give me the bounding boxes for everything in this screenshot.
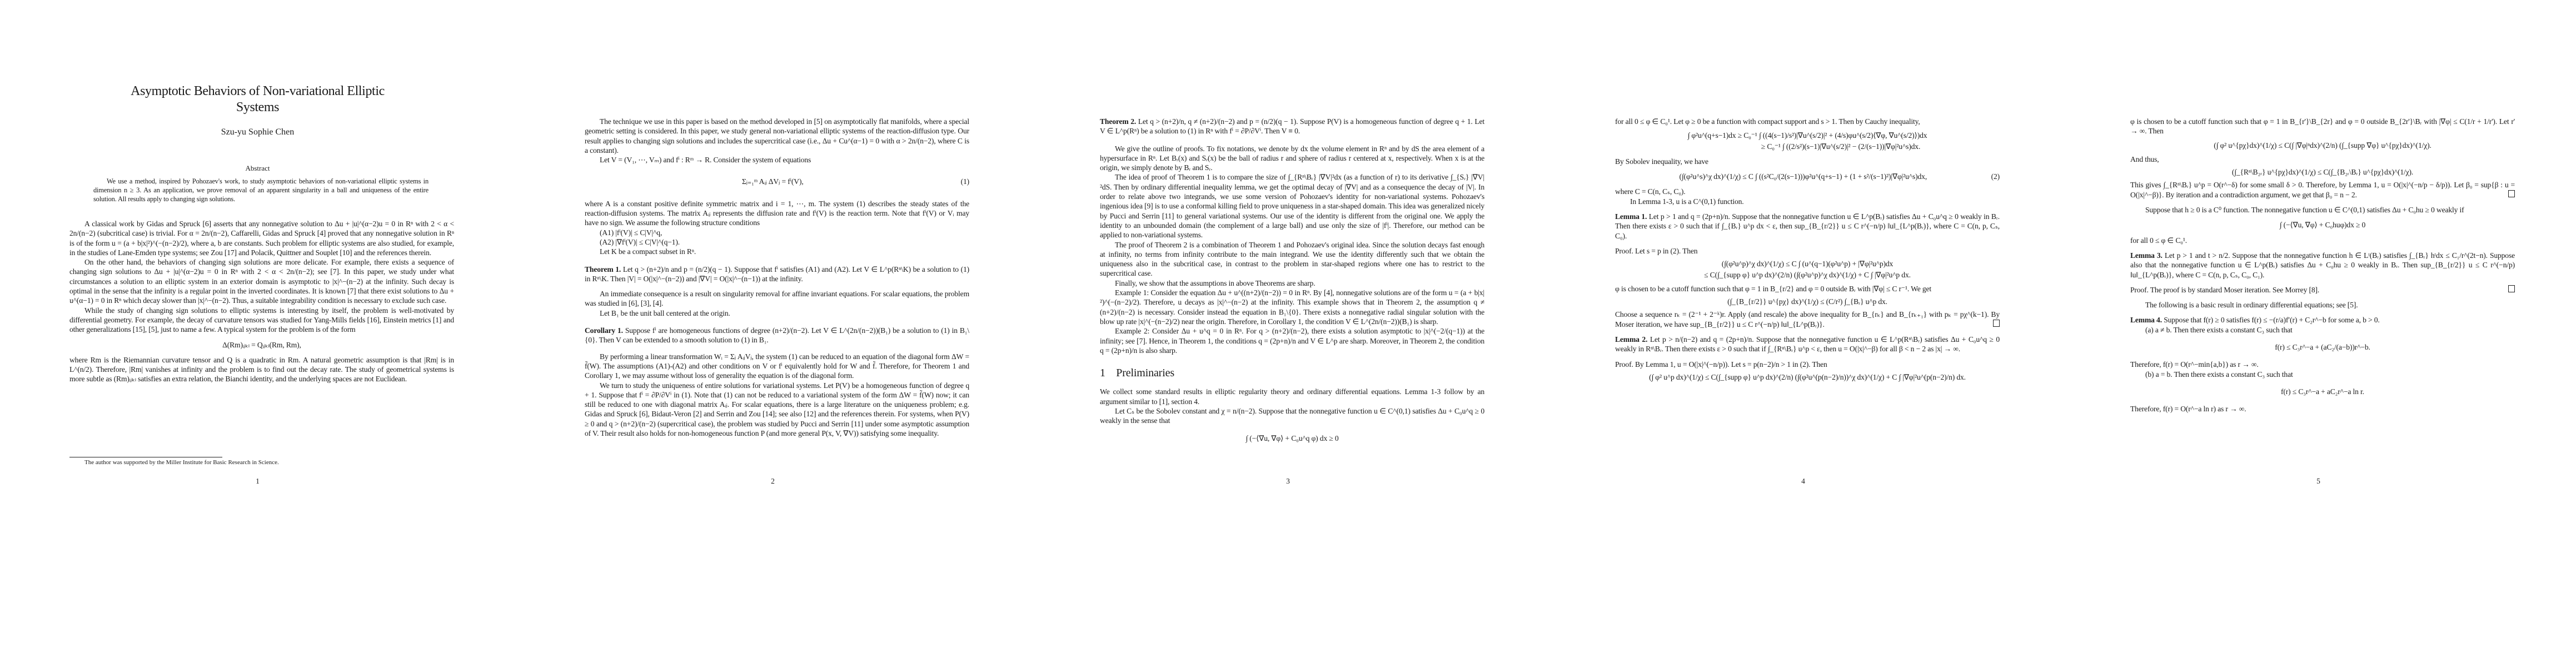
case-a: (a) a ≠ b. Then there exists a constant … (2130, 325, 2515, 335)
title-line-1: Asymptotic Behaviors of Non-variational … (0, 83, 515, 99)
section-number: 1 (1100, 367, 1105, 379)
equation: ≤ C(∫_{supp φ} u^p dx)^(2/n) (∫(φ²u^p)^χ… (1615, 270, 2000, 280)
case-b: (b) a = b. Then there exists a constant … (2130, 370, 2515, 379)
qed-icon (2508, 190, 2515, 197)
page-number: 2 (515, 477, 1030, 486)
page-3: Theorem 2. Let q > (n+2)/n, q ≠ (n+2)/(n… (1030, 0, 1546, 667)
equation: (∫_{B_{r/2}} u^{pχ} dx)^(1/χ) ≤ (C/r²) ∫… (1615, 297, 2000, 306)
paragraph: We collect some standard results in elli… (1100, 387, 1484, 406)
section-heading: 1 Preliminaries (1100, 369, 1484, 378)
corollary-text: Suppose fⁱ are homogeneous functions of … (585, 326, 969, 344)
paragraph: Finally, we show that the assumptions in… (1100, 278, 1484, 288)
theorem-2: Theorem 2. Let q > (n+2)/n, q ≠ (n+2)/(n… (1100, 117, 1484, 136)
example-1: Example 1: Consider the equation Δu + u^… (1100, 288, 1484, 326)
equation-text: Σⱼ₌₁ᵐ Aᵢⱼ ΔVⱼ = fⁱ(V), (742, 177, 804, 186)
theorem-text: Let q > (n+2)/n, q ≠ (n+2)/(n−2) and p =… (1100, 117, 1484, 135)
paragraph: And thus, (2130, 155, 2515, 164)
paragraph: On the other hand, the behaviors of chan… (69, 257, 454, 305)
footnote-rule (69, 457, 222, 457)
paragraph: We turn to study the uniqueness of entir… (585, 381, 969, 439)
paragraph: This gives ∫_{Rⁿ\Bᵣ} u^p = O(r^−δ) for s… (2130, 180, 2515, 200)
paragraph: An immediate consequence is a result on … (585, 289, 969, 308)
equation: f(r) ≤ C₃r^−a + aC₂r^−a ln r. (2130, 387, 2515, 396)
paragraph: Let K be a compact subset in Rⁿ. (585, 247, 969, 256)
lemma-4: Lemma 4. Suppose that f(r) ≥ 0 satisfies… (2130, 315, 2515, 325)
section-title: Preliminaries (1116, 367, 1174, 379)
theorem-label: Theorem 2. (1100, 117, 1136, 126)
moser-text: Choose a sequence rₖ = (2⁻¹ + 2⁻ᵏ)r. App… (1615, 310, 2000, 328)
page-number: 5 (2061, 477, 2576, 486)
paragraph: A classical work by Gidas and Spruck [6]… (69, 219, 454, 257)
equation-number: (2) (1991, 172, 2000, 181)
equation: (∫_{Rⁿ\B₂ᵣ} u^{pχ}dx)^(1/χ) ≤ C(∫_{B₂ᵣ\B… (2130, 167, 2515, 177)
equation: ∫ (−⟨∇u, ∇φ⟩ + C₀u^q φ) dx ≥ 0 (1100, 434, 1484, 443)
corollary-1: Corollary 1. Suppose fⁱ are homogeneous … (585, 326, 969, 345)
page-3-body: Theorem 2. Let q > (n+2)/n, q ≠ (n+2)/(n… (1100, 117, 1484, 451)
equation-1: Σⱼ₌₁ᵐ Aᵢⱼ ΔVⱼ = fⁱ(V), (1) (585, 177, 969, 186)
paragraph: where A is a constant positive definite … (585, 199, 969, 228)
paragraph: The idea of proof of Theorem 1 is to com… (1100, 172, 1484, 240)
paragraph: where C = C(n, Cₛ, C₀). (1615, 187, 2000, 196)
paragraph: Therefore, f(r) = O(r^−a ln r) as r → ∞. (2130, 404, 2515, 414)
paragraph: φ is chosen to be a cutoff function such… (1615, 284, 2000, 293)
equation: (∫ φ² u^{pχ}dx)^(1/χ) ≤ C(∫ |∇φ|ⁿdx)^(2/… (2130, 141, 2515, 150)
equation: (∫(φ²u^p)^χ dx)^(1/χ) ≤ C ∫ (u^(q−1)(φ²u… (1615, 259, 2000, 268)
paragraph: While the study of changing sign solutio… (69, 306, 454, 335)
lemma-3: Lemma 3. Let p > 1 and t > n/2. Suppose … (2130, 251, 2515, 280)
paragraph: Let Cₛ be the Sobolev constant and χ = n… (1100, 406, 1484, 426)
lemma-label: Lemma 2. (1615, 335, 1647, 344)
page-5-body: φ is chosen to be a cutoff function such… (2130, 117, 2515, 414)
proof: Proof. By Lemma 1, u = O(|x|^(−n/p)). Le… (1615, 360, 2000, 369)
lemma-text: Let p > 1 and q = (2p+n)/n. Suppose that… (1615, 212, 2000, 240)
paragraph: Therefore, f(r) = O(r^−min{a,b}) as r → … (2130, 360, 2515, 369)
paragraph: In Lemma 1-3, u is a C^(0,1) function. (1615, 197, 2000, 206)
paragraph: By Sobolev inequality, we have (1615, 157, 2000, 166)
condition-a1: (A1) |fⁱ(V)| ≤ C|V|^q, (585, 228, 969, 237)
qed-icon (1993, 320, 2000, 327)
paragraph: Let B₁ be the unit ball centered at the … (585, 308, 969, 318)
equation: ≥ C₀⁻¹ ∫ ((2/s²)(s−1)|∇u^(s/2)|² − (2/(s… (1615, 142, 2000, 151)
theorem-label: Theorem 1. (585, 265, 621, 273)
page-1: Asymptotic Behaviors of Non-variational … (0, 0, 515, 667)
page-number: 4 (1546, 477, 2061, 486)
title-line-2: Systems (0, 99, 515, 116)
paragraph: where Rm is the Riemannian curvature ten… (69, 355, 454, 384)
equation: f(r) ≤ C₃r^−a + (aC₂/(a−b))r^−b. (2130, 342, 2515, 352)
lemma-text: Let p > 1 and t > n/2. Suppose that the … (2130, 251, 2515, 279)
lemma-2: Lemma 2. Let p > n/(n−2) and q = (2p+n)/… (1615, 335, 2000, 354)
qed-icon (2508, 285, 2515, 292)
lemma-text: Suppose that f(r) ≥ 0 satisfies f(r) ≤ −… (2164, 316, 2379, 324)
paragraph: By performing a linear transformation Wᵢ… (585, 352, 969, 381)
lemma-1: Lemma 1. Let p > 1 and q = (2p+n)/n. Sup… (1615, 212, 2000, 241)
condition-a2: (A2) |∇fⁱ(V)| ≤ C|V|^(q−1). (585, 237, 969, 247)
paragraph: The technique we use in this paper is ba… (585, 117, 969, 155)
equation: Δ(Rm)ᵢⱼₖₗ = Qᵢⱼₖₗ(Rm, Rm), (69, 340, 454, 350)
lemma-text: Let p > n/(n−2) and q = (2p+n)/n. Suppos… (1615, 335, 2000, 353)
page-2: The technique we use in this paper is ba… (515, 0, 1030, 667)
lemma-label: Lemma 4. (2130, 316, 2162, 324)
page-4-body: for all 0 ≤ φ ∈ C₀¹. Let φ ≥ 0 be a func… (1615, 117, 2000, 385)
equation-number: (1) (961, 177, 969, 186)
paragraph: for all 0 ≤ φ ∈ C₀¹. (2130, 236, 2515, 245)
page-number: 3 (1030, 477, 1546, 486)
proof-text: Proof. The proof is by standard Moser it… (2130, 286, 2319, 294)
lemma-label: Lemma 1. (1615, 212, 1647, 221)
page-2-body: The technique we use in this paper is ba… (585, 117, 969, 438)
theorem-1: Theorem 1. Let q > (n+2)/n and p = (n/2)… (585, 265, 969, 284)
equation: ∫ (−⟨∇u, ∇φ⟩ + C₀huφ)dx ≥ 0 (2130, 220, 2515, 230)
page-1-body: A classical work by Gidas and Spruck [6]… (69, 219, 454, 384)
author: Szu-yu Sophie Chen (0, 127, 515, 137)
paragraph: The proof of Theorem 2 is a combination … (1100, 240, 1484, 278)
equation-2: (∫(φ²u^s)^χ dx)^(1/χ) ≤ C ∫ ((s²C₀/(2(s−… (1615, 172, 2000, 181)
equation: (∫ φ² u^p dx)^(1/χ) ≤ C(∫_{supp φ} u^p d… (1615, 372, 2000, 382)
page-4: for all 0 ≤ φ ∈ C₀¹. Let φ ≥ 0 be a func… (1546, 0, 2061, 667)
gives-text: This gives ∫_{Rⁿ\Bᵣ} u^p = O(r^−δ) for s… (2130, 181, 2515, 198)
proof: Proof. The proof is by standard Moser it… (2130, 285, 2515, 295)
proof: Proof. Let s = p in (2). Then (1615, 246, 2000, 256)
corollary-label: Corollary 1. (585, 326, 623, 335)
theorem-text: Let q > (n+2)/n and p = (n/2)(q − 1). Su… (585, 265, 969, 283)
paragraph: Let V = (V₁, ⋯, Vₘ) and fⁱ : Rᵐ → R. Con… (585, 155, 969, 165)
page-number: 1 (0, 477, 515, 486)
lemma-label: Lemma 3. (2130, 251, 2163, 260)
abstract-text: We use a method, inspired by Pohozaev's … (93, 177, 428, 204)
equation: ∫ φ²u^(q+s−1)dx ≥ C₀⁻¹ ∫ ((4(s−1)/s²)|∇u… (1615, 131, 2000, 140)
equation-text: (∫(φ²u^s)^χ dx)^(1/χ) ≤ C ∫ ((s²C₀/(2(s−… (1680, 172, 1927, 181)
footnote: The author was supported by the Miller I… (84, 459, 279, 466)
abstract-heading: Abstract (0, 164, 515, 173)
paragraph: The following is a basic result in ordin… (2130, 300, 2515, 310)
page-5: φ is chosen to be a cutoff function such… (2061, 0, 2576, 667)
example-2: Example 2: Consider Δu + u^q = 0 in Rⁿ. … (1100, 326, 1484, 355)
paper-title: Asymptotic Behaviors of Non-variational … (0, 83, 515, 116)
paragraph: for all 0 ≤ φ ∈ C₀¹. Let φ ≥ 0 be a func… (1615, 117, 2000, 126)
paragraph: We give the outline of proofs. To fix no… (1100, 144, 1484, 173)
paragraph: φ is chosen to be a cutoff function such… (2130, 117, 2515, 136)
paragraph: Choose a sequence rₖ = (2⁻¹ + 2⁻ᵏ)r. App… (1615, 310, 2000, 329)
paragraph: Suppose that h ≥ 0 is a C⁰ function. The… (2130, 205, 2515, 215)
